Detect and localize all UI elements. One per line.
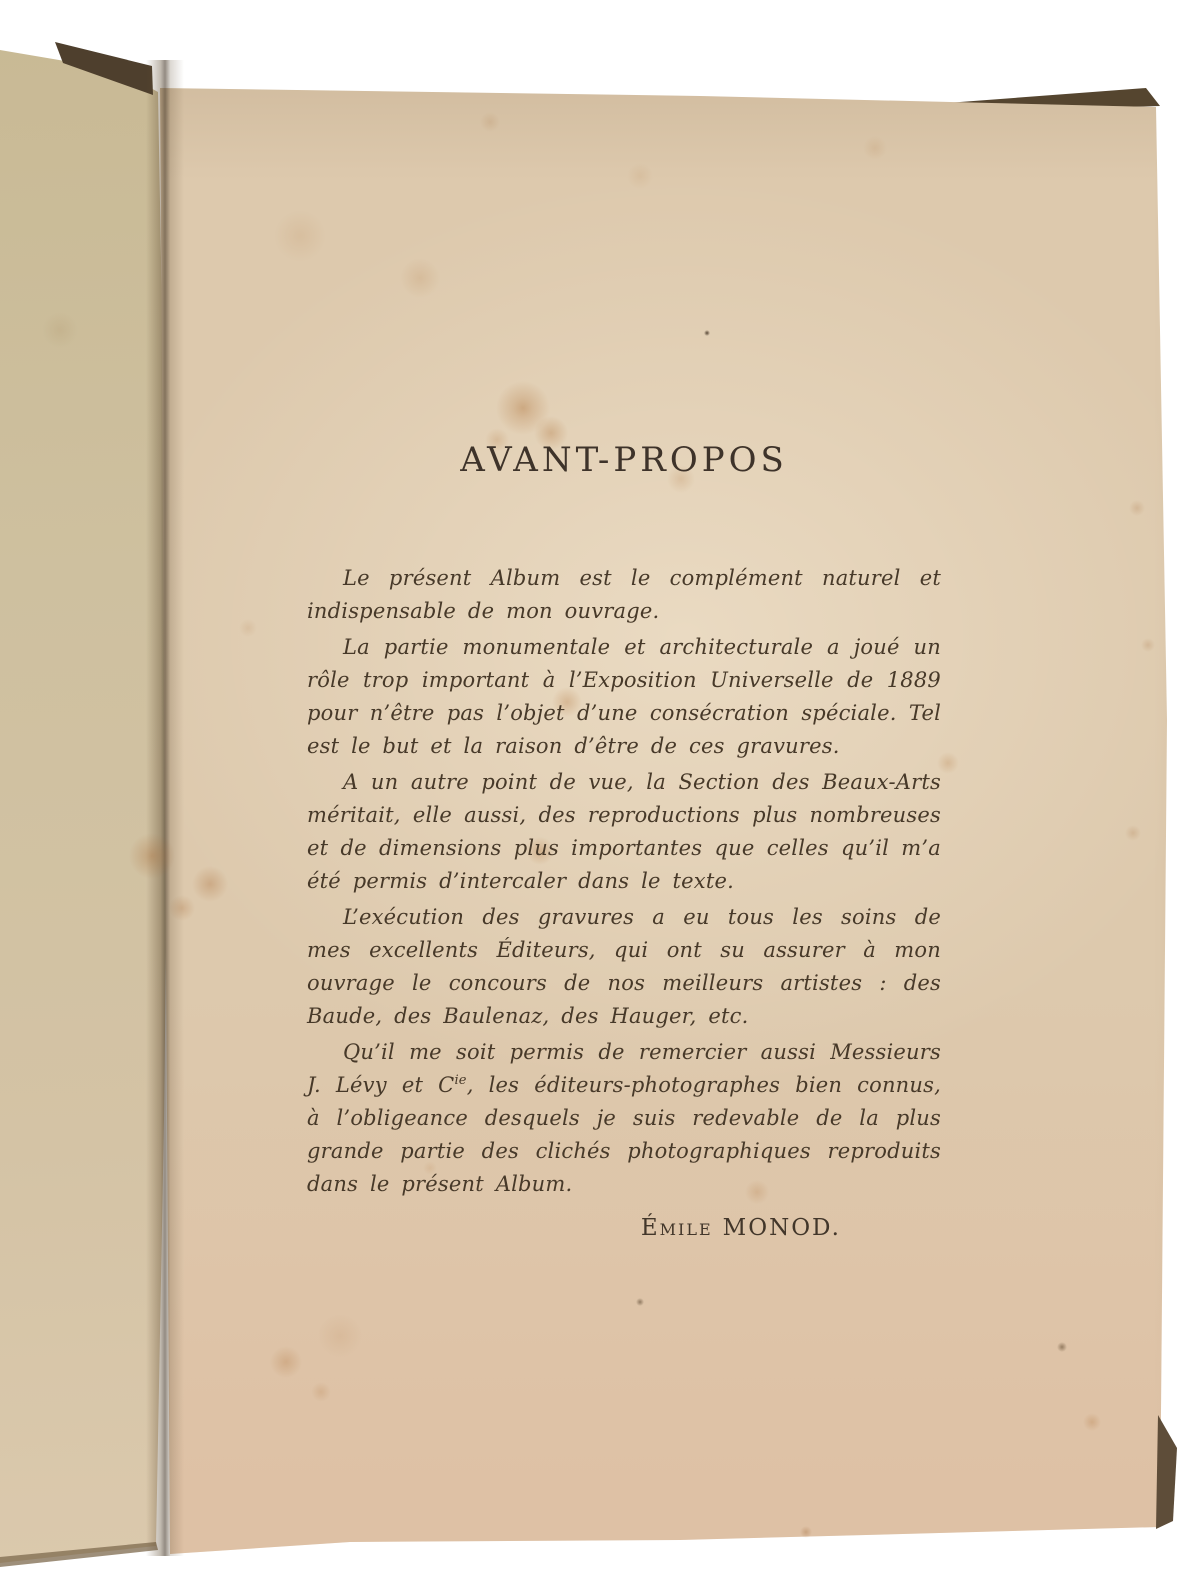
paragraph-2: La partie monumentale et architecturale … (307, 631, 941, 763)
paragraph-4: L’exécution des gravures a eu tous les s… (307, 901, 941, 1033)
author-signature: ÉmileMONOD. (307, 1215, 941, 1241)
signature-last-name: MONOD. (723, 1215, 841, 1241)
paragraph-1: Le présent Album est le complément natur… (307, 562, 941, 628)
paragraph-5: Qu’il me soit permis de remercier aussi … (307, 1036, 941, 1201)
paragraph-3: A un autre point de vue, la Section des … (307, 766, 941, 898)
page-title: AVANT-PROPOS (307, 440, 941, 480)
page-content: AVANT-PROPOS Le présent Album est le com… (307, 440, 941, 1241)
book-photo: AVANT-PROPOS Le présent Album est le com… (0, 0, 1200, 1594)
signature-first-name: Émile (641, 1215, 713, 1241)
company-abbreviation-superscript: ie (454, 1073, 466, 1088)
